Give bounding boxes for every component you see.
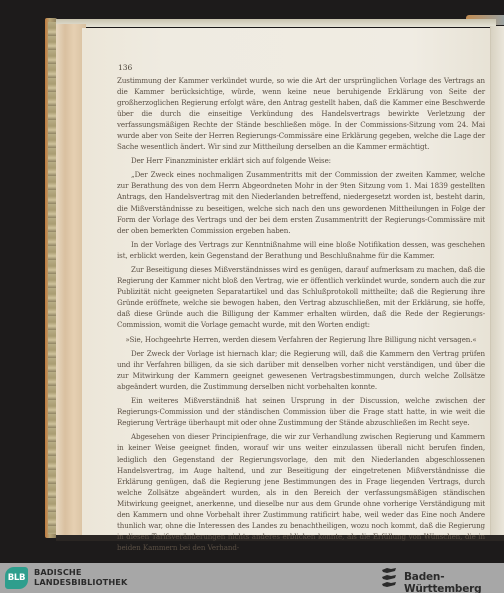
paragraph: Der Zweck der Vorlage ist hiernach klar;… <box>117 348 485 392</box>
paragraph: In der Vorlage des Vertrags zur Kenntniß… <box>117 239 485 261</box>
page-top-edge <box>56 19 496 27</box>
quote: »Sie, Hochgeehrte Herren, werden diesem … <box>117 334 485 345</box>
baden-wuerttemberg-lions-icon <box>379 567 399 590</box>
paragraph: Abgesehen von dieser Principienfrage, di… <box>117 431 485 553</box>
page-gutter <box>490 26 504 538</box>
library-name-line1: BADISCHE <box>34 567 127 577</box>
paragraph: Der Herr Finanzminister erklärt sich auf… <box>117 155 485 166</box>
library-name-line2: LANDESBIBLIOTHEK <box>34 577 127 587</box>
paragraph: Ein weiteres Mißverständniß hat seinen U… <box>117 395 485 428</box>
library-name[interactable]: BADISCHE LANDESBIBLIOTHEK <box>34 567 127 587</box>
state-name[interactable]: Baden-Württemberg <box>404 571 504 593</box>
blb-logo[interactable]: BLB <box>5 567 28 589</box>
paragraph: Zur Beseitigung dieses Mißverständnisses… <box>117 264 485 330</box>
page-viewer: 136 Zustimmung der Kammer verkündet wurd… <box>0 0 504 563</box>
page-text: Zustimmung der Kammer verkündet wurde, s… <box>117 75 485 553</box>
paragraph: Zustimmung der Kammer verkündet wurde, s… <box>117 75 485 152</box>
marbled-cover <box>48 22 56 534</box>
page-number: 136 <box>118 63 132 72</box>
paragraph: „Der Zweck eines nochmaligen Zusammentri… <box>117 169 485 235</box>
